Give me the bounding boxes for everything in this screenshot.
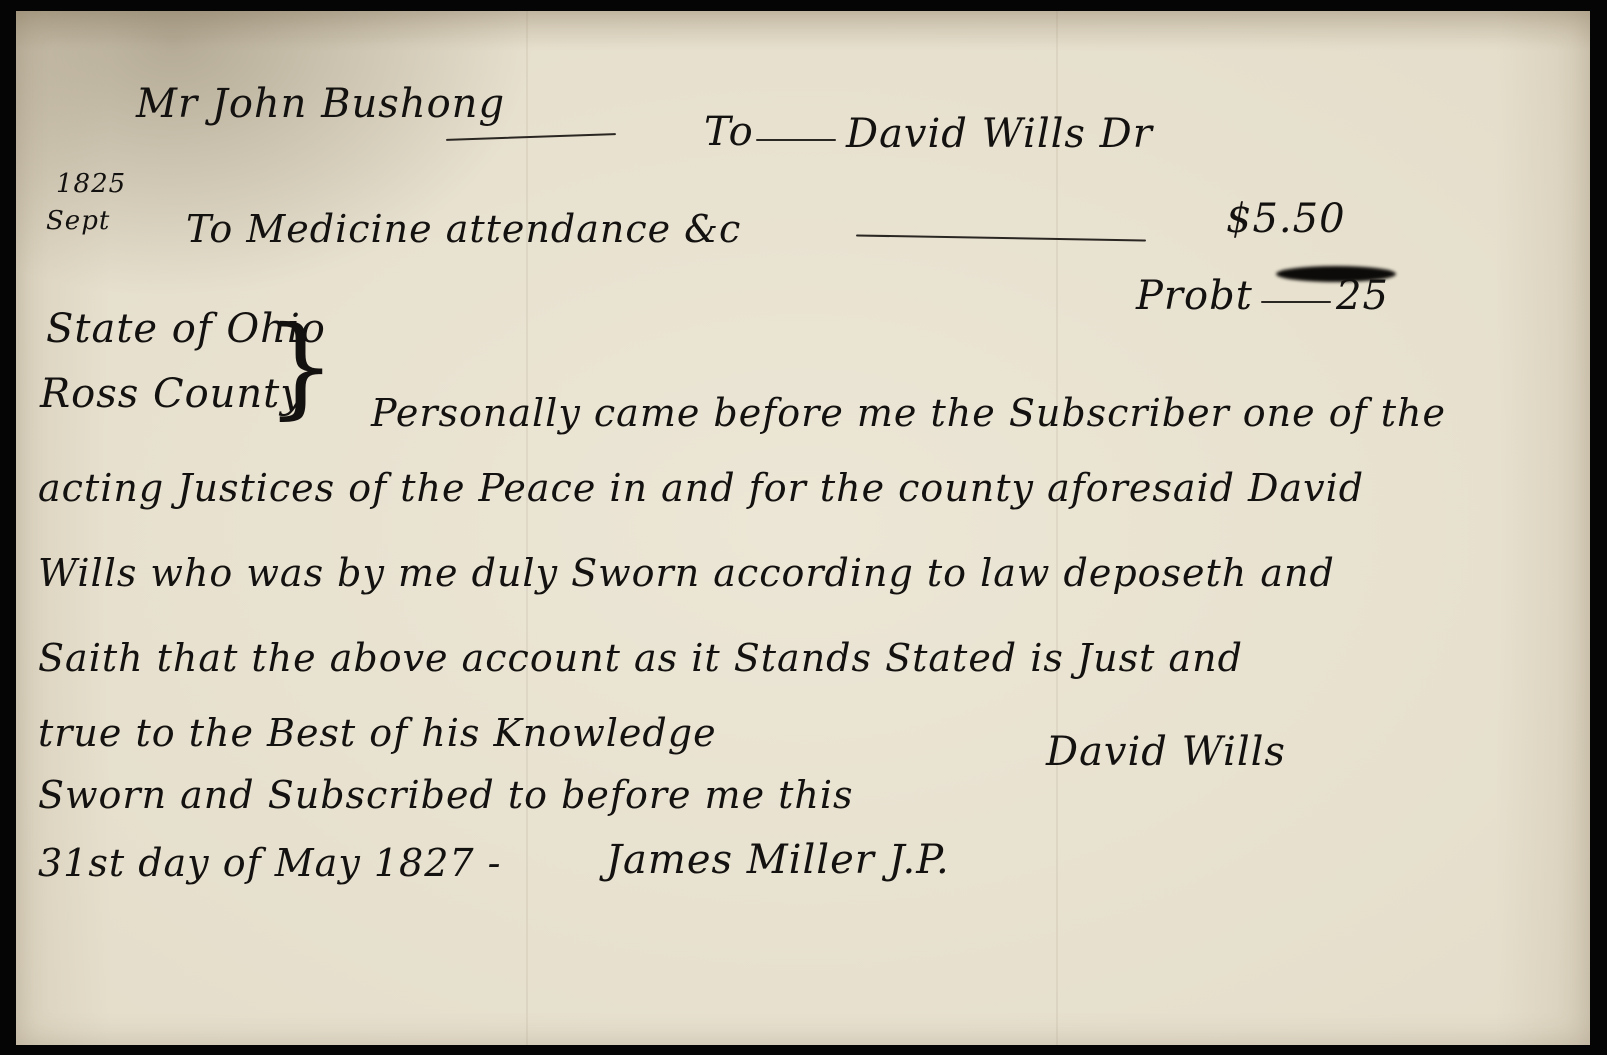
affiant-signature: David Wills (1046, 729, 1286, 775)
probate-label: Probt (1136, 273, 1253, 319)
document-paper: Mr John Bushong To David Wills Dr 1825 S… (16, 11, 1590, 1045)
paper-fold-line (526, 11, 528, 1045)
entry-leader-line (856, 234, 1146, 241)
affidavit-line-4: Saith that the above account as it Stand… (38, 636, 1243, 680)
entry-amount: $5.50 (1226, 196, 1346, 242)
affidavit-line-3: Wills who was by me duly Sworn according… (38, 551, 1335, 595)
header-dash (756, 139, 836, 141)
venue-brace: } (266, 311, 336, 421)
affidavit-line-1: Personally came before me the Subscriber… (371, 391, 1446, 435)
to-label: To (704, 109, 754, 155)
jurat-line-1: Sworn and Subscribed to before me this (38, 773, 854, 817)
paper-fold-line (1056, 11, 1058, 1045)
probate-amount: 25 (1336, 273, 1389, 319)
debtor-name: Mr John Bushong (136, 81, 505, 127)
affidavit-line-2: acting Justices of the Peace in and for … (38, 466, 1364, 510)
jurat-line-2: 31st day of May 1827 - (38, 841, 502, 885)
creditor-name: David Wills Dr (846, 111, 1153, 157)
justice-signature: James Miller J.P. (606, 837, 950, 883)
flourish-underline (446, 133, 616, 141)
entry-year: 1825 (56, 169, 126, 199)
venue-county: Ross County (40, 371, 304, 417)
probate-dash (1261, 301, 1331, 303)
entry-description: To Medicine attendance &c (186, 207, 741, 251)
entry-month: Sept (46, 206, 110, 236)
affidavit-line-5: true to the Best of his Knowledge (38, 711, 717, 755)
